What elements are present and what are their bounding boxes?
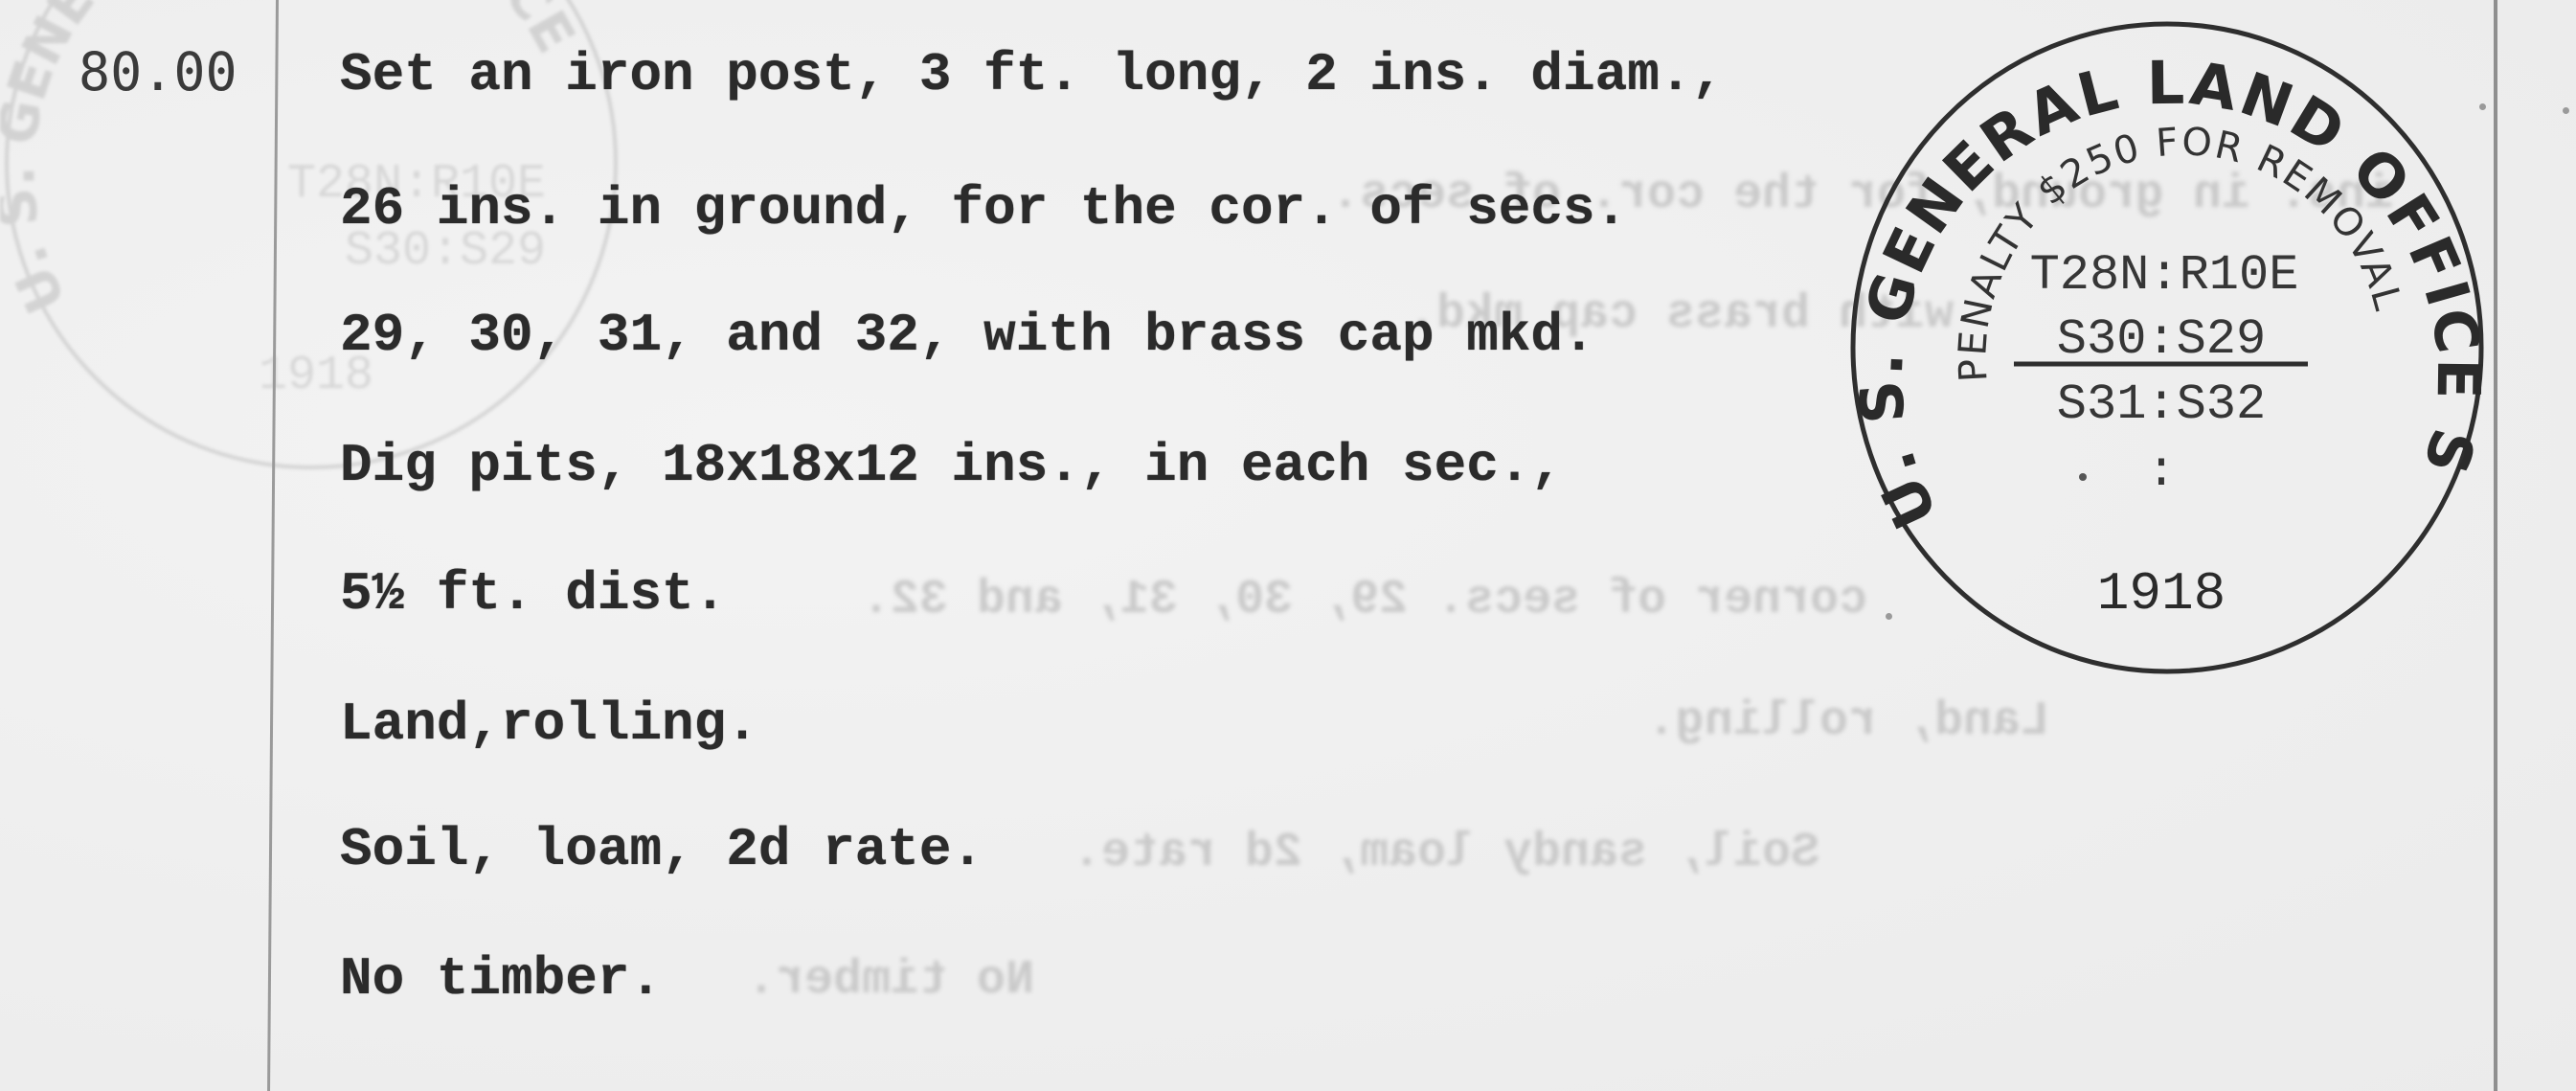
bleed-through-line: No timber. [747,953,1034,1008]
stamp-sections-bottom: S31:S32 [2057,376,2266,433]
stamp-township-range: T28N:R10E [2030,247,2299,304]
station-distance: 80.00 [79,43,237,101]
stamp-seal-icon: U. S. GENERAL LAND OFFICE SURVEY PENALTY… [1848,17,2490,678]
note-line: Land,rolling. [340,695,758,753]
note-line: 5½ ft. dist. [340,565,726,623]
paper-speck [2479,103,2486,110]
paper-speck [1886,613,1892,620]
note-line: Set an iron post, 3 ft. long, 2 ins. dia… [340,46,1724,103]
note-line: No timber. [340,950,662,1008]
bleed-through-line: Soil, sandy loam, 2d rate. [1073,826,1819,880]
survey-stamp: U. S. GENERAL LAND OFFICE SURVEY PENALTY… [1848,17,2490,678]
paper-speck [2563,107,2569,114]
stamp-year: 1918 [2097,563,2226,625]
note-line: Soil, loam, 2d rate. [340,821,983,878]
note-line: 26 ins. in ground, for the cor. of secs. [340,180,1627,238]
stamp-mark: : [2146,443,2176,500]
note-line: 29, 30, 31, and 32, with brass cap mkd. [340,307,1595,364]
bleed-through-line: Land, rolling. [1647,694,2049,749]
right-margin-rule [2494,0,2497,1091]
stamp-sections-top: S30:S29 [2057,311,2266,368]
bleed-through-line: corner of secs. 29, 30, 31, and 32. [862,573,1867,627]
note-line: Dig pits, 18x18x12 ins., in each sec., [340,437,1563,494]
